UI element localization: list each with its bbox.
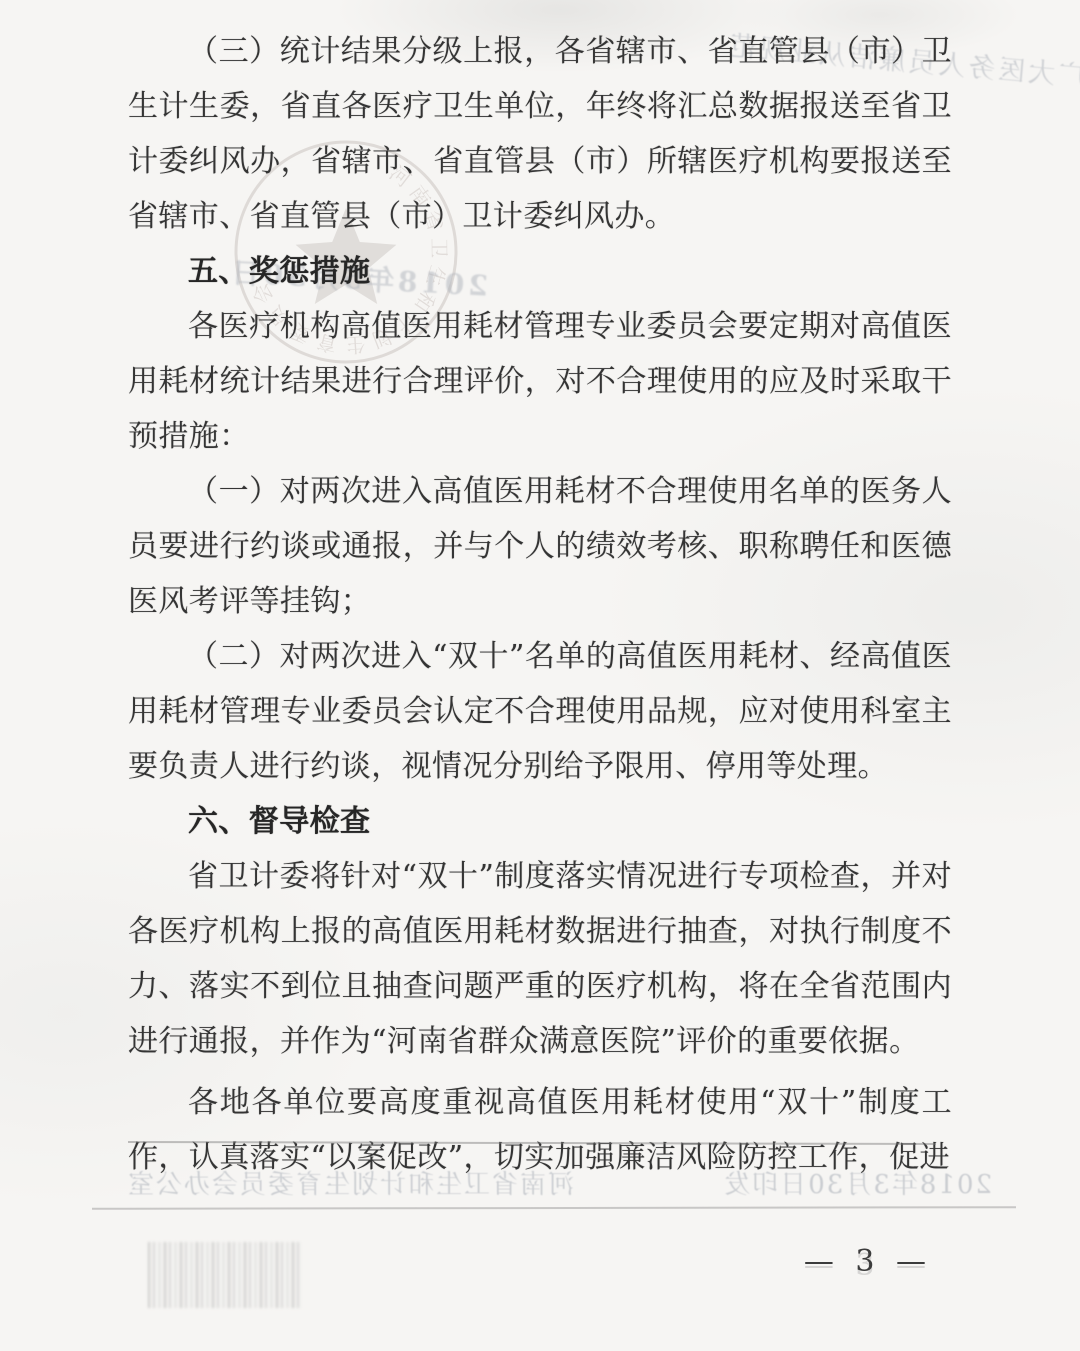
smudged-barcode: [148, 1242, 302, 1308]
page-number: — 3 —: [804, 1244, 932, 1279]
scanned-document-page: 广大医务人员廉洁从业规范 河南省卫生和计划生育委员会 2018年5月30日 （三…: [0, 0, 1080, 1351]
paragraph-statistics-reporting: （三）统计结果分级上报，各省辖市、省直管县（市）卫生计生委，省直各医疗卫生单位，…: [128, 24, 952, 244]
paragraph-committee-evaluation: 各医疗机构高值医用耗材管理专业委员会要定期对高值医用耗材统计结果进行合理评价，对…: [128, 299, 952, 464]
paragraph-closing: 各地各单位要高度重视高值医用耗材使用“双十”制度工作，认真落实“以案促改”，切实…: [128, 1075, 952, 1185]
document-body: （三）统计结果分级上报，各省辖市、省直管县（市）卫生计生委，省直各医疗卫生单位，…: [128, 24, 952, 1185]
fold-crease-line-lower: [92, 1206, 1016, 1210]
section-heading-5-rewards-punishments: 五、奖惩措施: [128, 244, 952, 299]
paragraph-special-inspection: 省卫计委将针对“双十”制度落实情况进行专项检查，并对各医疗机构上报的高值医用耗材…: [128, 849, 952, 1069]
section-heading-6-supervision: 六、督导检查: [128, 794, 952, 849]
paragraph-item-2-consumables: （二）对两次进入“双十”名单的高值医用耗材、经高值医用耗材管理专业委员会认定不合…: [128, 629, 952, 794]
paragraph-item-1-personnel: （一）对两次进入高值医用耗材不合理使用名单的医务人员要进行约谈或通报，并与个人的…: [128, 464, 952, 629]
